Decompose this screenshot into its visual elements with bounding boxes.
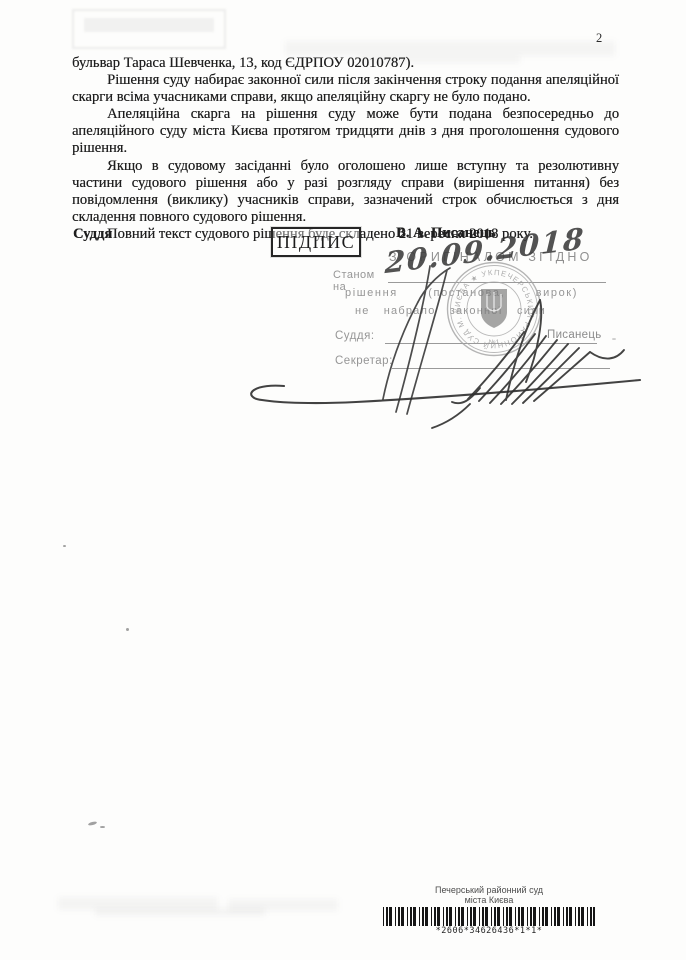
barcode-stripes <box>383 907 595 926</box>
signature-placeholder-stamp: ПІДПИС <box>271 227 361 257</box>
stamp-judge-label: Суддя: <box>335 330 375 342</box>
scan-artifact-smudge <box>285 41 615 56</box>
barcode-court-line2: міста Києва <box>383 895 595 905</box>
document-body: бульвар Тараса Шевченка, 13, код ЄДРПОУ … <box>72 55 619 243</box>
stamp-secretary-label: Секретар: <box>335 355 393 367</box>
barcode-court-line1: Печерський районний суд <box>383 885 595 895</box>
barcode-block: Печерський районний суд міста Києва *260… <box>383 885 595 936</box>
paragraph: Якщо в судовому засіданні було оголошено… <box>72 158 619 226</box>
not-in-force-line: не набрало законної сили <box>355 305 546 317</box>
decision-type-line: рішення (постанова, вирок) <box>345 287 578 299</box>
paragraph: бульвар Тараса Шевченка, 13, код ЄДРПОУ … <box>72 55 619 72</box>
scan-speck <box>88 821 97 826</box>
scan-speck <box>612 338 616 340</box>
scan-artifact-ghost-stamp <box>72 9 226 49</box>
paragraph: Рішення суду набирає законної сили після… <box>72 72 619 106</box>
scan-speck <box>100 826 105 828</box>
barcode-code: *2606*34626436*1*1* <box>383 926 595 936</box>
judge-role-label: Суддя <box>73 226 112 243</box>
scanned-court-document-page: 2 бульвар Тараса Шевченка, 13, код ЄДРПО… <box>0 0 686 960</box>
scan-speck <box>63 545 66 547</box>
secretary-signature <box>432 300 624 428</box>
paragraph: Апеляційна скарга на рішення суду може б… <box>72 106 619 157</box>
judge-signature-line <box>385 343 597 344</box>
signature-flourish <box>251 380 640 403</box>
scan-speck <box>126 628 129 631</box>
as-of-underline <box>388 282 606 283</box>
page-number: 2 <box>596 31 602 46</box>
stamp-judge-surname: Писанець <box>547 329 602 341</box>
secretary-signature-line <box>392 368 610 369</box>
scan-artifact-smudge <box>95 908 265 916</box>
